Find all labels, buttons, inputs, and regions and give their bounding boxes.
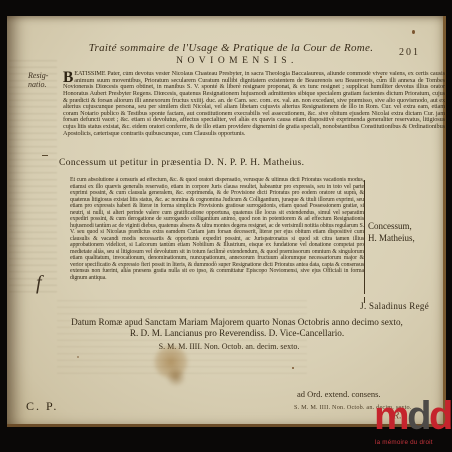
book-scan: Traité sommaire de l'Usage & Pratique de… bbox=[0, 0, 452, 452]
folio-mark-cp: C. P. bbox=[26, 399, 58, 414]
margin-letter-f: f bbox=[36, 272, 42, 295]
page-number: 201 bbox=[399, 47, 420, 58]
drop-cap: B bbox=[63, 71, 74, 84]
mdd-tagline: la mémoire du droit bbox=[375, 439, 451, 446]
margin-note-concessum: Concessum, H. Matheius, bbox=[368, 221, 450, 244]
margin-dash-mark bbox=[42, 155, 48, 156]
mdd-letters: mdd bbox=[374, 392, 451, 440]
page-sheet: Traité sommaire de l'Usage & Pratique de… bbox=[7, 16, 446, 427]
paper-stain-small bbox=[165, 368, 187, 386]
mdd-watermark-logo: mdd la mémoire du droit bbox=[372, 400, 452, 452]
margin-note-resignatio: Resig- natio. bbox=[28, 72, 64, 89]
running-title: Traité sommaire de l'Usage & Pratique de… bbox=[65, 42, 397, 54]
paper-speck bbox=[412, 30, 415, 34]
concessum-line: Concessum ut petitur in præsentia D. N. … bbox=[59, 158, 304, 168]
extension-paragraph: Et cum absolutione à censuris ad effectu… bbox=[70, 177, 364, 295]
ord-consens-note: ad Ord. extend. consens. bbox=[297, 389, 381, 399]
petition-text: EATISSIME Pater, cùm devotus vester Nico… bbox=[63, 71, 445, 137]
datum-line-2: R. D. M. Lancianus pro Reverendiss. D. V… bbox=[45, 328, 429, 338]
margin-rule bbox=[364, 180, 365, 294]
mdd-letter-m: m bbox=[374, 394, 407, 438]
bleed-through-left-margin bbox=[9, 60, 57, 296]
petition-paragraph: BEATISSIME Pater, cùm devotus vester Nic… bbox=[63, 71, 445, 152]
paper-speck bbox=[380, 76, 382, 78]
paper-speck bbox=[292, 367, 294, 369]
section-title: NOVIOMENSIS. bbox=[115, 56, 359, 66]
datum-line-1: Datum Romæ apud Sanctam Mariam Majorem q… bbox=[45, 317, 429, 327]
mdd-letter-d1: d bbox=[407, 394, 429, 438]
datum-line-3: S. M. M. IIII. Non. Octob. an. decim. se… bbox=[37, 342, 421, 351]
paper-speck bbox=[77, 356, 79, 358]
signature-saladinus: J. Saladinus Regé bbox=[305, 301, 429, 311]
mdd-letter-d2: d bbox=[429, 394, 451, 438]
